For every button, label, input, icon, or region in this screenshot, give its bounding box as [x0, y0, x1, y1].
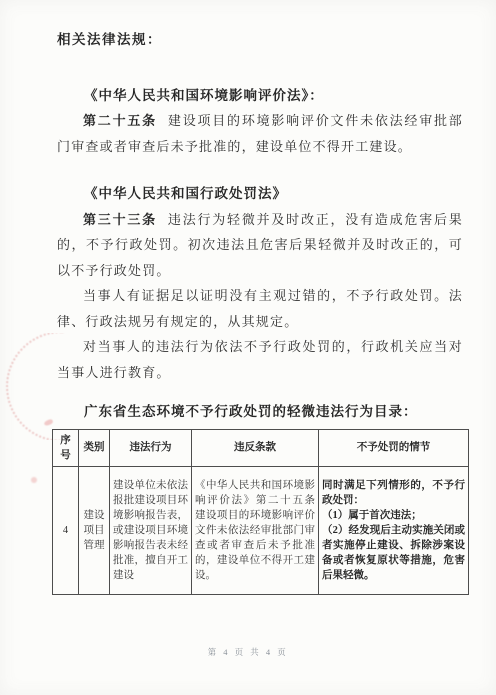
catalog-title: 广东省生态环境不予行政处罚的轻微违法行为目录： — [57, 399, 463, 425]
col-header-category: 类别 — [79, 429, 110, 466]
cell-seq: 4 — [53, 466, 79, 594]
law-paragraph: 对当事人的违法行为依法不予行政处罚的，行政机关应当对当事人进行教育。 — [57, 334, 463, 385]
law-paragraph: 当事人有证据足以证明没有主观过错的，不予行政处罚。法律、行政法规另有规定的，从其… — [57, 283, 463, 334]
circumstance-intro: 同时满足下列情形的，不予行政处罚： — [322, 478, 465, 508]
cell-clause: 《中华人民共和国环境影响评价法》第二十五条 建设项目的环境影响评价文件未依法经审… — [192, 466, 319, 594]
law-paragraph: 第三十三条违法行为轻微并及时改正，没有造成危害后果的，不予行政处罚。初次违法且危… — [57, 207, 463, 284]
col-header-behavior: 违法行为 — [110, 429, 192, 466]
circumstance-item-2: （2）经发现后主动实施关闭或者实施停止建设、拆除涉案设备或者恢复原状等措施，危害… — [322, 523, 465, 583]
col-header-clause: 违反条款 — [192, 429, 319, 466]
article-number: 第二十五条 — [83, 113, 157, 128]
table-body: 4 建设项目管理 建设单位未依法报批建设项目环境影响报告表，或建设项目环境影响报… — [53, 466, 469, 594]
document-page: 相关法律法规： 《中华人民共和国环境影响评价法》： 第二十五条建设项目的环境影响… — [0, 0, 496, 695]
law-title: 《中华人民共和国行政处罚法》 — [57, 181, 463, 207]
section-eia-law: 《中华人民共和国环境影响评价法》： 第二十五条建设项目的环境影响评价文件未依法经… — [57, 83, 463, 160]
cell-behavior: 建设单位未依法报批建设项目环境影响报告表，或建设项目环境影响报告表未经批准，擅自… — [110, 466, 192, 594]
document-content: 相关法律法规： 《中华人民共和国环境影响评价法》： 第二十五条建设项目的环境影响… — [0, 0, 496, 595]
col-header-seq: 序号 — [53, 429, 79, 466]
law-paragraph: 第二十五条建设项目的环境影响评价文件未依法经审批部门审查或者审查后未予批准的，建… — [57, 108, 463, 159]
section-penalty-law: 《中华人民共和国行政处罚法》 第三十三条违法行为轻微并及时改正，没有造成危害后果… — [57, 181, 463, 385]
paragraph-text: 当事人有证据足以证明没有主观过错的，不予行政处罚。法律、行政法规另有规定的，从其… — [57, 288, 463, 329]
article-number: 第三十三条 — [83, 212, 157, 227]
page-heading: 相关法律法规： — [57, 27, 463, 53]
cell-category: 建设项目管理 — [79, 466, 110, 594]
cell-circumstances: 同时满足下列情形的，不予行政处罚： （1）属于首次违法； （2）经发现后主动实施… — [319, 466, 469, 594]
law-title: 《中华人民共和国环境影响评价法》： — [57, 83, 463, 109]
table-row: 4 建设项目管理 建设单位未依法报批建设项目环境影响报告表，或建设项目环境影响报… — [53, 466, 469, 594]
paragraph-text: 对当事人的违法行为依法不予行政处罚的，行政机关应当对当事人进行教育。 — [57, 339, 463, 380]
violations-table: 序号 类别 违法行为 违反条款 不予处罚的情节 4 建设项目管理 建设单位未依法… — [52, 429, 469, 595]
table-header: 序号 类别 违法行为 违反条款 不予处罚的情节 — [53, 429, 469, 466]
table-header-row: 序号 类别 违法行为 违反条款 不予处罚的情节 — [53, 429, 469, 466]
col-header-circumstances: 不予处罚的情节 — [319, 429, 469, 466]
page-number: 第 4 页 共 4 页 — [0, 646, 496, 658]
circumstance-item-1: （1）属于首次违法； — [322, 508, 465, 523]
